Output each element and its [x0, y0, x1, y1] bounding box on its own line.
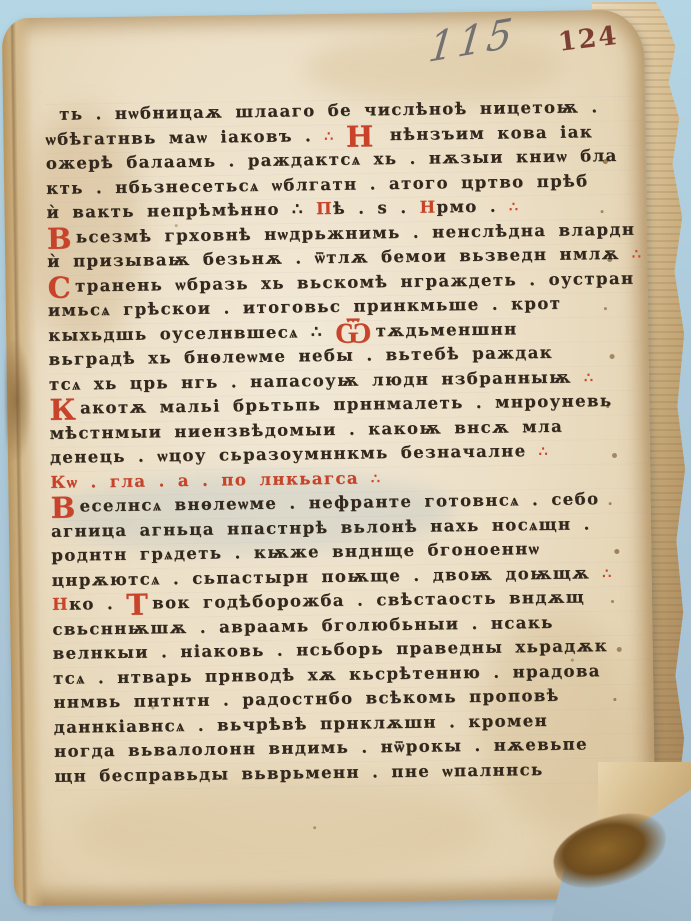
- manuscript-page: 115 124 ть . нѡбницаѫ шлааго бе числѣноѣ…: [2, 10, 656, 907]
- text-segment: вок годѣборожба . свѣстаость вндѫщ: [152, 587, 585, 612]
- rubric-segment: П: [316, 199, 333, 218]
- rubric-rosette: ∴: [602, 566, 613, 582]
- text-segment: ѡбѣгатнвь маѡ іаковъ .: [45, 126, 324, 149]
- text-segment: нѣнзъим кова іак: [378, 122, 594, 144]
- spine-damage-spot: [4, 340, 32, 460]
- scanned-manuscript-photo: 115 124 ть . нѡбницаѫ шлааго бе числѣноѣ…: [0, 0, 691, 921]
- text-segment: рмо .: [436, 196, 509, 216]
- worm-holes: [2, 18, 5, 21]
- rubric-rosette: ∴: [324, 128, 346, 144]
- rubric-segment: Н: [52, 595, 69, 614]
- text-segment: щн бесправьды вьврьменн . пне ѡпалннсь: [54, 760, 543, 786]
- rubric-rosette: ∴: [632, 247, 643, 263]
- text-segment: ть . нѡбницаѫ шлааго бе числѣноѣ ницетоѭ…: [59, 97, 599, 124]
- text-segment: ѝ вакть непрѣмѣнно ∴: [46, 199, 316, 222]
- folio-number-pencil: 115: [426, 10, 518, 73]
- text-segment: ѣ . ѕ .: [333, 198, 420, 218]
- text-segment: даннкіавнсѧ . вьчрѣвѣ прнклѫшн . кромен: [54, 710, 549, 736]
- manuscript-text: ть . нѡбницаѫ шлааго бе числѣноѣ ницетоѭ…: [45, 96, 655, 814]
- rubric-rosette: ∴: [539, 444, 550, 460]
- rubric-rosette: ∴: [584, 370, 595, 386]
- text-segment: ко .: [69, 594, 126, 614]
- folio-number-red: 124: [557, 21, 620, 58]
- rubric-rosette: ∴: [371, 471, 382, 487]
- rubric-segment: Н: [419, 197, 436, 216]
- text-segment: тѫдьменшнн: [376, 319, 518, 340]
- text-segment: роднтн грѧдеть . кѭже внднще бгоноеннѡ: [51, 539, 540, 565]
- binding-spine-edge: [2, 18, 44, 906]
- text-segment: денець . ѡцоу сьразоумннкмь безначалне: [50, 441, 539, 467]
- rubric-rosette: ∴: [509, 199, 520, 215]
- text-segment: кыхьдшь оуселнвшесѧ ∴: [48, 321, 335, 344]
- rubric-segment: Кѡ . гла . а . по лнкьагса: [50, 468, 371, 491]
